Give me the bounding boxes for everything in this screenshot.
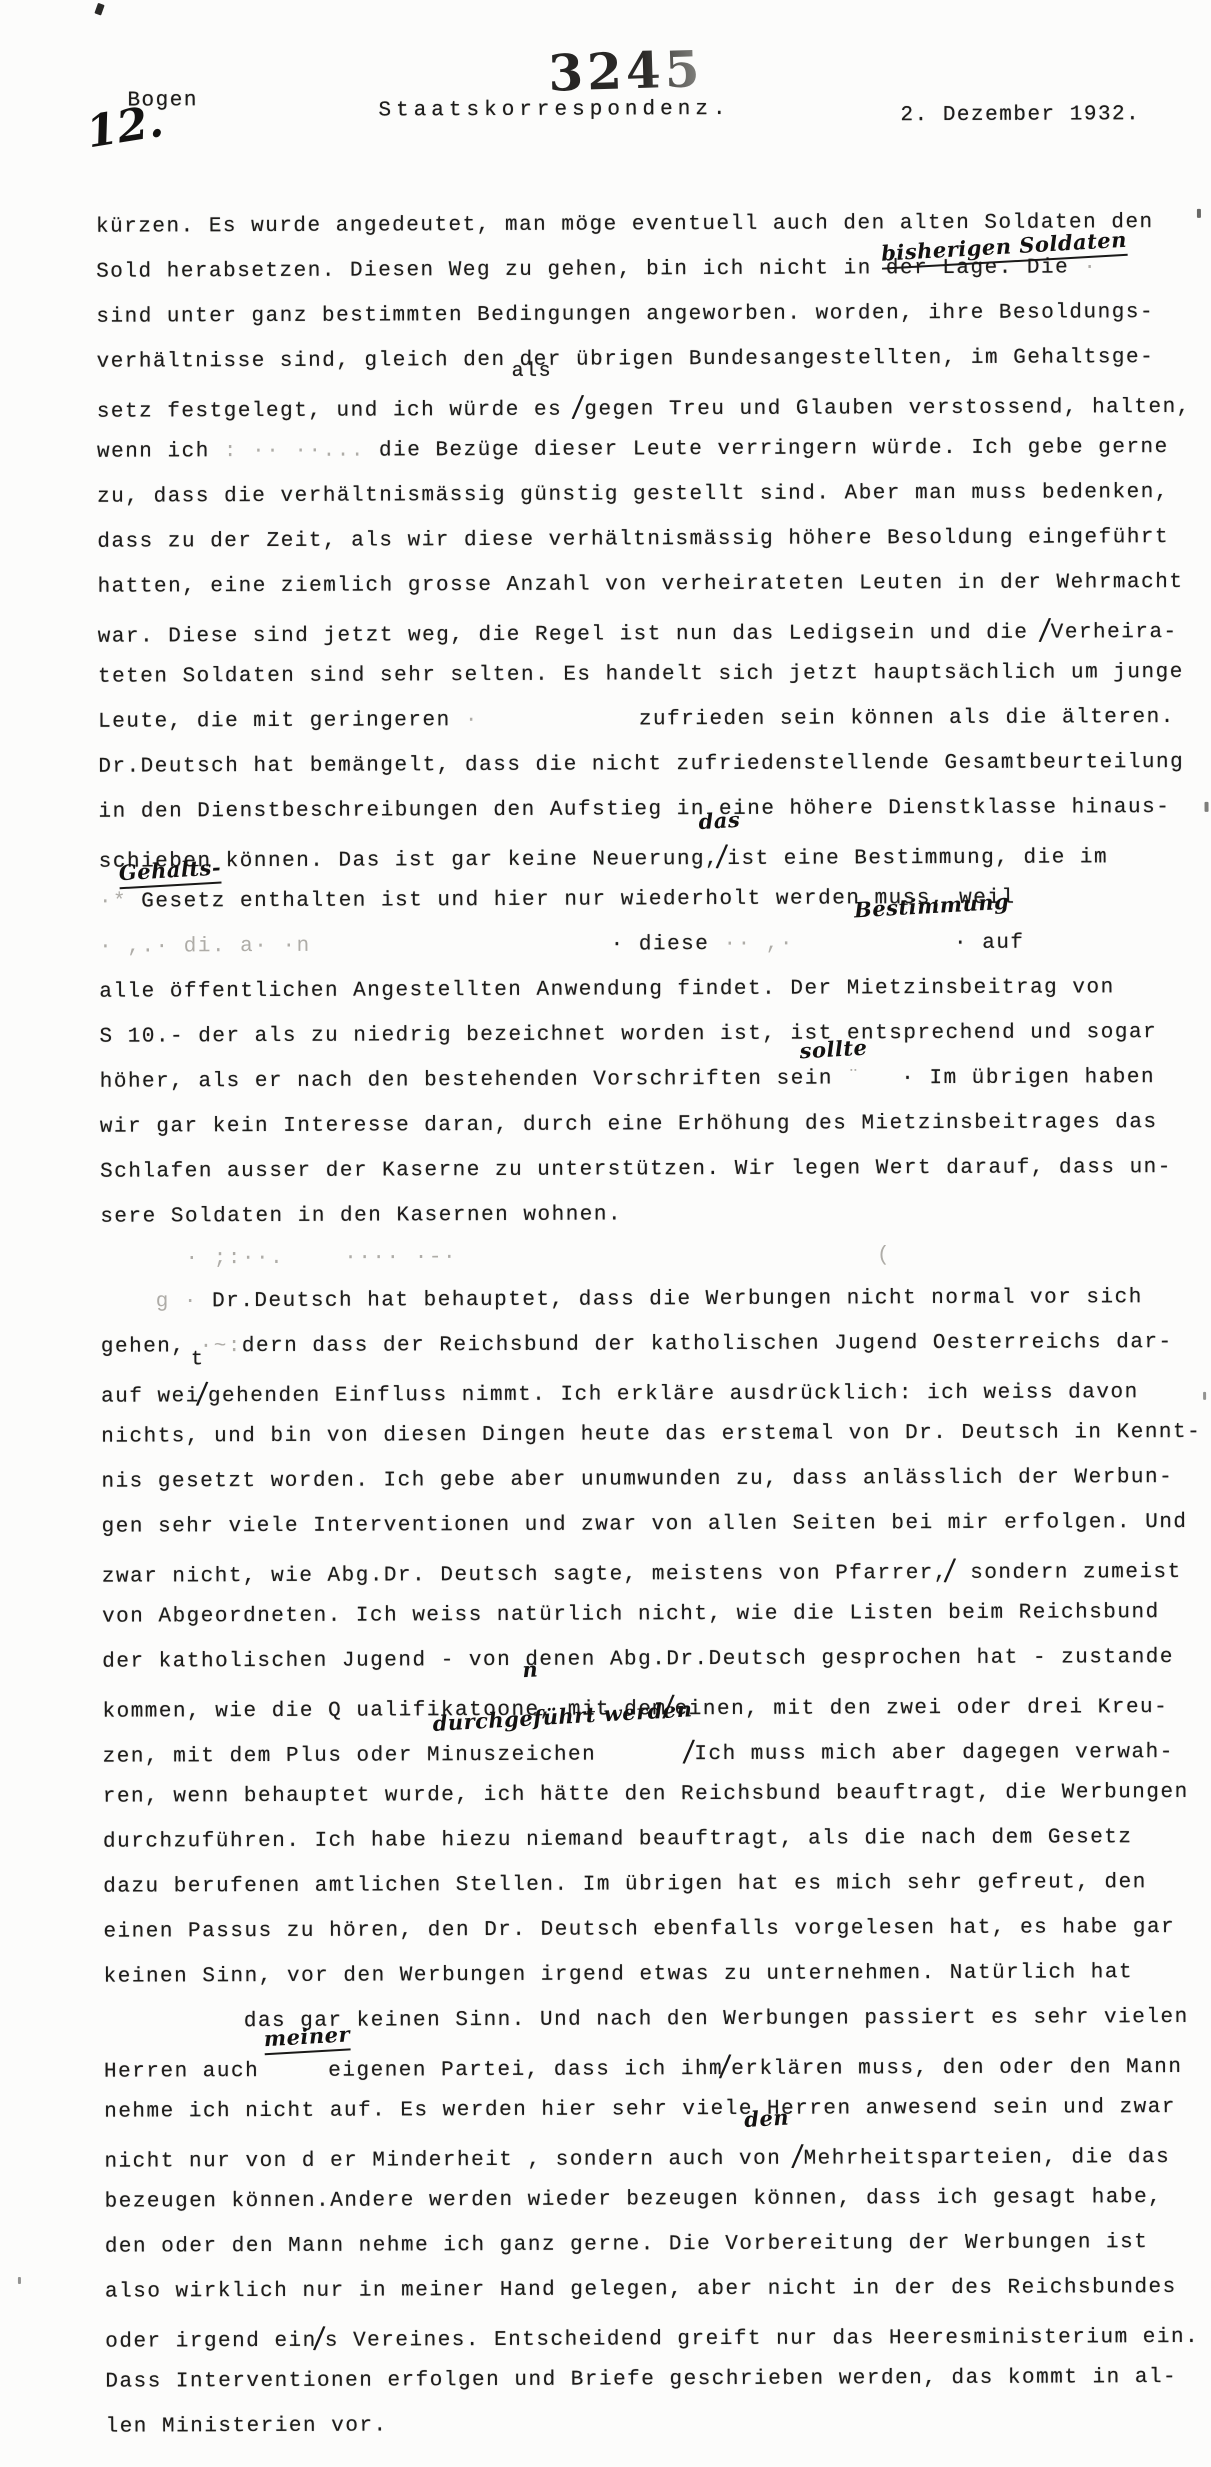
text-line: wir gar kein Interesse daran, durch eine…	[100, 1100, 1196, 1150]
text-line: dass zu der Zeit, als wir diese verhältn…	[97, 515, 1193, 565]
typed-text: höher, als er nach den bestehenden Vorsc…	[100, 1067, 848, 1093]
scanned-document-page: 3245 Bogen 12. Staatskorrespondenz. 2. D…	[0, 0, 1211, 2467]
typed-insertion: t	[191, 1349, 205, 1371]
typed-text: ist eine Bestimmung, die im	[727, 846, 1108, 871]
text-line: teten Soldaten sind sehr selten. Es hand…	[98, 650, 1194, 700]
typed-text: verhältnisse sind, gleich den der übrige…	[97, 346, 1155, 374]
typed-text: Mehrheitsparteien, die das	[803, 2146, 1170, 2171]
text-line: wenn ich : ·· ··... die Bezüge dieser Le…	[97, 425, 1193, 475]
typed-text: nis gesetzt worden. Ich gebe aber unumwu…	[101, 1466, 1173, 1494]
typed-text: die Bezüge dieser Leute verringern würde…	[365, 436, 1169, 463]
typed-text: also wirklich nur in meiner Hand gelegen…	[105, 2276, 1177, 2304]
typed-text: wenn ich	[97, 440, 224, 464]
text-line: dazu berufenen amtlichen Stellen. Im übr…	[103, 1860, 1199, 1910]
typed-text: auf wei	[101, 1385, 200, 1408]
typed-text: · diese	[611, 933, 724, 956]
text-line: oder irgend ein∕s Vereines. Entscheidend…	[105, 2310, 1201, 2360]
typed-text: Dr.Deutsch hat behauptet, dass die Werbu…	[198, 1286, 1143, 1313]
typed-text: ren, wenn behauptet wurde, ich hätte den…	[103, 1781, 1189, 1809]
handwritten-annotation: meiner	[263, 2021, 351, 2055]
insertion-caret-mark: ∕	[1037, 607, 1052, 653]
text-line: sere Soldaten in den Kasernen wohnen.	[100, 1190, 1196, 1240]
insertion-caret-mark: ∕	[714, 834, 729, 880]
typed-text: gegen Treu und Glauben verstossend, halt…	[584, 396, 1190, 422]
typed-text: eigenen Partei, dass ich ihm	[328, 2058, 723, 2083]
typed-text: len Ministerien vor.	[106, 2414, 388, 2438]
handwritten-page-number: 12.	[83, 96, 167, 159]
text-line: Sold herabsetzen. Diesen Weg zu gehen, b…	[96, 245, 1192, 295]
typed-text: dass zu der Zeit, als wir diese verhältn…	[97, 526, 1169, 554]
text-line: Schlafen ausser der Kaserne zu unterstüt…	[100, 1145, 1196, 1195]
text-line: von Abgeordneten. Ich weiss natürlich ni…	[102, 1590, 1198, 1640]
typed-text: war. Diese sind jetzt weg, die Regel ist…	[98, 622, 1043, 649]
text-line: einen Passus zu hören, den Dr. Deutsch e…	[103, 1905, 1199, 1955]
scan-speckle	[18, 2277, 21, 2284]
typed-gap	[794, 948, 954, 949]
typed-text: einen Passus zu hören, den Dr. Deutsch e…	[103, 1916, 1175, 1944]
faded-typed-text: ···· ·-·	[344, 1246, 457, 1269]
text-line: · ;:··.···· ·-·(	[100, 1235, 1196, 1280]
typed-text: nicht nur von d er Minderheit , sondern …	[104, 2148, 795, 2174]
text-line: gen sehr viele Interventionen und zwar v…	[102, 1500, 1198, 1550]
typed-text: erklären muss, den oder den Mann	[731, 2056, 1182, 2081]
typed-text: durchzuführen. Ich habe hiezu niemand be…	[103, 1826, 1133, 1853]
text-line: S 10.- der als zu niedrig bezeichnet wor…	[99, 1010, 1195, 1060]
faded-typed-text: · ;:··.	[185, 1247, 284, 1270]
text-line: zwar nicht, wie Abg.Dr. Deutsch sagte, m…	[102, 1545, 1198, 1595]
typed-text: dazu berufenen amtlichen Stellen. Im übr…	[103, 1871, 1147, 1899]
text-line: durchzuführen. Ich habe hiezu niemand be…	[103, 1815, 1199, 1865]
scan-speckle	[1203, 1392, 1206, 1400]
faded-typed-text: g ·	[156, 1290, 198, 1313]
typed-text: der katholischen Jugend - von denen Abg.…	[102, 1646, 1174, 1674]
text-line: keinen Sinn, vor den Werbungen irgend et…	[104, 1950, 1200, 2000]
handwritten-annotation: Gehalts-	[118, 855, 222, 890]
text-line: in den Dienstbeschreibungen den Aufstieg…	[98, 785, 1194, 835]
faded-typed-text: (	[877, 1244, 891, 1267]
faded-typed-text: ·~:	[200, 1335, 242, 1358]
typed-text: gehen,	[101, 1335, 200, 1358]
scan-speckle	[94, 3, 104, 16]
typed-text: sondern zumeist	[956, 1561, 1182, 1585]
faded-typed-text: ·· ,·	[723, 933, 794, 956]
text-line: nehme ich nicht auf. Es werden hier sehr…	[104, 2085, 1200, 2135]
typed-gap	[457, 1260, 877, 1262]
typed-text: s Vereines. Entscheidend greift nur das …	[325, 2326, 1199, 2353]
document-body: kürzen. Es wurde angedeutet, man möge ev…	[96, 200, 1202, 2450]
typed-gap	[311, 949, 611, 950]
text-line: nicht nur von d er Minderheit , sondern …	[104, 2130, 1200, 2180]
typed-text: sere Soldaten in den Kasernen wohnen.	[100, 1203, 622, 1228]
typed-text: zu, dass die verhältnismässig günstig ge…	[97, 481, 1169, 509]
faded-typed-text: ·	[451, 709, 479, 732]
typed-text: hatten, eine ziemlich grosse Anzahl von …	[98, 571, 1184, 599]
text-line: sind unter ganz bestimmten Bedingungen a…	[96, 290, 1192, 340]
typed-text: S 10.- der als zu niedrig bezeichnet wor…	[99, 1021, 1157, 1049]
text-line: den oder den Mann nehme ich ganz gerne. …	[105, 2220, 1201, 2270]
text-line: war. Diese sind jetzt weg, die Regel ist…	[98, 605, 1194, 655]
handwritten-annotation: den	[744, 2105, 790, 2133]
typed-text: · auf	[954, 932, 1025, 955]
typed-text: oder irgend ein	[105, 2330, 317, 2354]
text-line: verhältnisse sind, gleich den der übrige…	[96, 335, 1192, 385]
typed-text: Ich muss mich aber dagegen verwah-	[694, 1741, 1174, 1766]
typed-text: alle öffentlichen Angestellten Anwendung…	[99, 976, 1114, 1003]
text-line: also wirklich nur in meiner Hand gelegen…	[105, 2265, 1201, 2315]
faded-typed-text: ¨	[847, 1067, 861, 1090]
typed-text: Dr.Deutsch hat bemängelt, dass die nicht…	[98, 751, 1184, 779]
typed-insertion: als	[512, 361, 553, 383]
document-title: Staatskorrespondenz.	[378, 98, 730, 123]
text-line: hatten, eine ziemlich grosse Anzahl von …	[97, 560, 1193, 610]
typed-text: Dass Interventionen erfolgen und Briefe …	[105, 2366, 1177, 2394]
text-line: ren, wenn behauptet wurde, ich hätte den…	[103, 1770, 1199, 1820]
page-stamp-number: 3245	[547, 39, 704, 103]
text-line: höher, als er nach den bestehenden Vorsc…	[100, 1055, 1196, 1105]
text-line: Leute, die mit geringeren ·zufrieden sei…	[98, 695, 1194, 745]
text-line: auf wei∕gehenden Einfluss nimmt. Ich erk…	[101, 1365, 1197, 1415]
text-line: len Ministerien vor.	[105, 2400, 1201, 2450]
document-date: 2. Dezember 1932.	[900, 103, 1140, 127]
faded-typed-text: · ,.· di. a· ·n	[99, 935, 311, 959]
text-line: schieben können. Das ist gar keine Neuer…	[99, 830, 1195, 880]
typed-text: keinen Sinn, vor den Werbungen irgend et…	[104, 1961, 1134, 1988]
typed-text: Leute, die mit geringeren	[98, 709, 451, 734]
typed-text: teten Soldaten sind sehr selten. Es hand…	[98, 661, 1184, 689]
text-line: gehen, ·~:dern dass der Reichsbund der k…	[101, 1320, 1197, 1370]
typed-text: zen, mit dem Plus oder Minuszeichen	[103, 1744, 597, 1769]
paper-sheet: 3245 Bogen 12. Staatskorrespondenz. 2. D…	[0, 0, 1211, 2467]
typed-text: in den Dienstbeschreibungen den Aufstieg…	[98, 796, 1170, 824]
typed-text: den oder den Mann nehme ich ganz gerne. …	[105, 2231, 1149, 2259]
insertion-caret-mark: ∕	[312, 2315, 327, 2361]
text-line: zu, dass die verhältnismässig günstig ge…	[97, 470, 1193, 520]
typed-text: einen, mit den zwei oder drei Kreu-	[675, 1696, 1169, 1721]
typed-text: sind unter ganz bestimmten Bedingungen a…	[96, 301, 1154, 329]
typed-text: · Im übrigen haben	[901, 1066, 1155, 1090]
typed-text: bezeugen können.Andere werden wieder bez…	[105, 2186, 1163, 2214]
faded-typed-text: : ·· ··...	[224, 440, 365, 464]
insertion-caret-mark: ∕	[681, 1729, 696, 1775]
text-line: nis gesetzt worden. Ich gebe aber unumwu…	[101, 1455, 1197, 1505]
typed-text: Verheira-	[1051, 621, 1178, 645]
text-line: g · Dr.Deutsch hat behauptet, dass die W…	[101, 1275, 1197, 1325]
text-line: zen, mit dem Plus oder Minuszeichen∕Ich …	[103, 1725, 1199, 1775]
faded-typed-text: ·*	[99, 891, 141, 914]
handwritten-annotation: n	[522, 1656, 539, 1683]
typed-text: nehme ich nicht auf. Es werden hier sehr…	[104, 2096, 1176, 2124]
text-line: der katholischen Jugend - von denen Abg.…	[102, 1635, 1198, 1685]
typed-text: Schlafen ausser der Kaserne zu unterstüt…	[100, 1156, 1172, 1184]
text-line: Gehalts- ·* Gesetz enthalten ist und hie…	[99, 875, 1195, 925]
text-line: Dass Interventionen erfolgen und Briefe …	[105, 2355, 1201, 2405]
typed-text: Herren auch	[104, 2060, 273, 2084]
text-line: Dr.Deutsch hat bemängelt, dass die nicht…	[98, 740, 1194, 790]
faded-typed-text: ·	[1083, 256, 1097, 279]
insertion-caret-mark: ∕	[195, 1371, 210, 1417]
scan-speckle	[1197, 209, 1201, 218]
typed-text: nichts, und bin von diesen Dingen heute …	[101, 1421, 1201, 1449]
text-line: alle öffentlichen Angestellten Anwendung…	[99, 965, 1195, 1015]
typed-text: dern dass der Reichsbund der katholische…	[242, 1331, 1173, 1358]
typed-gap	[479, 724, 639, 725]
text-line: bezeugen können.Andere werden wieder bez…	[105, 2175, 1201, 2225]
scan-speckle	[1205, 802, 1209, 812]
typed-text: wir gar kein Interesse daran, durch eine…	[100, 1111, 1158, 1139]
text-line: nichts, und bin von diesen Dingen heute …	[101, 1410, 1197, 1460]
typed-text: von Abgeordneten. Ich weiss natürlich ni…	[102, 1601, 1160, 1629]
text-line: · ,.· di. a· ·n· diese ·· ,·Bestimmung· …	[99, 920, 1195, 970]
handwritten-annotation: das	[698, 807, 741, 835]
typed-text: setz festgelegt, und ich würde es	[97, 399, 577, 424]
typed-text: zufrieden sein können als die älteren.	[639, 706, 1175, 731]
typed-text: das gar keinen Sinn. Und nach den Werbun…	[244, 2006, 1189, 2033]
typed-text: gen sehr viele Interventionen und zwar v…	[102, 1511, 1188, 1539]
text-line: Herren auch eigenen Partei, dass ich ihm…	[104, 2040, 1200, 2090]
handwritten-annotation: sollte	[799, 1035, 868, 1065]
typed-text: gehenden Einfluss nimmt. Ich erkläre aus…	[208, 1381, 1139, 1408]
typed-text: zwar nicht, wie Abg.Dr. Deutsch sagte, m…	[102, 1562, 948, 1589]
text-line: setz festgelegt, und ich würde es ∕gegen…	[97, 380, 1193, 430]
